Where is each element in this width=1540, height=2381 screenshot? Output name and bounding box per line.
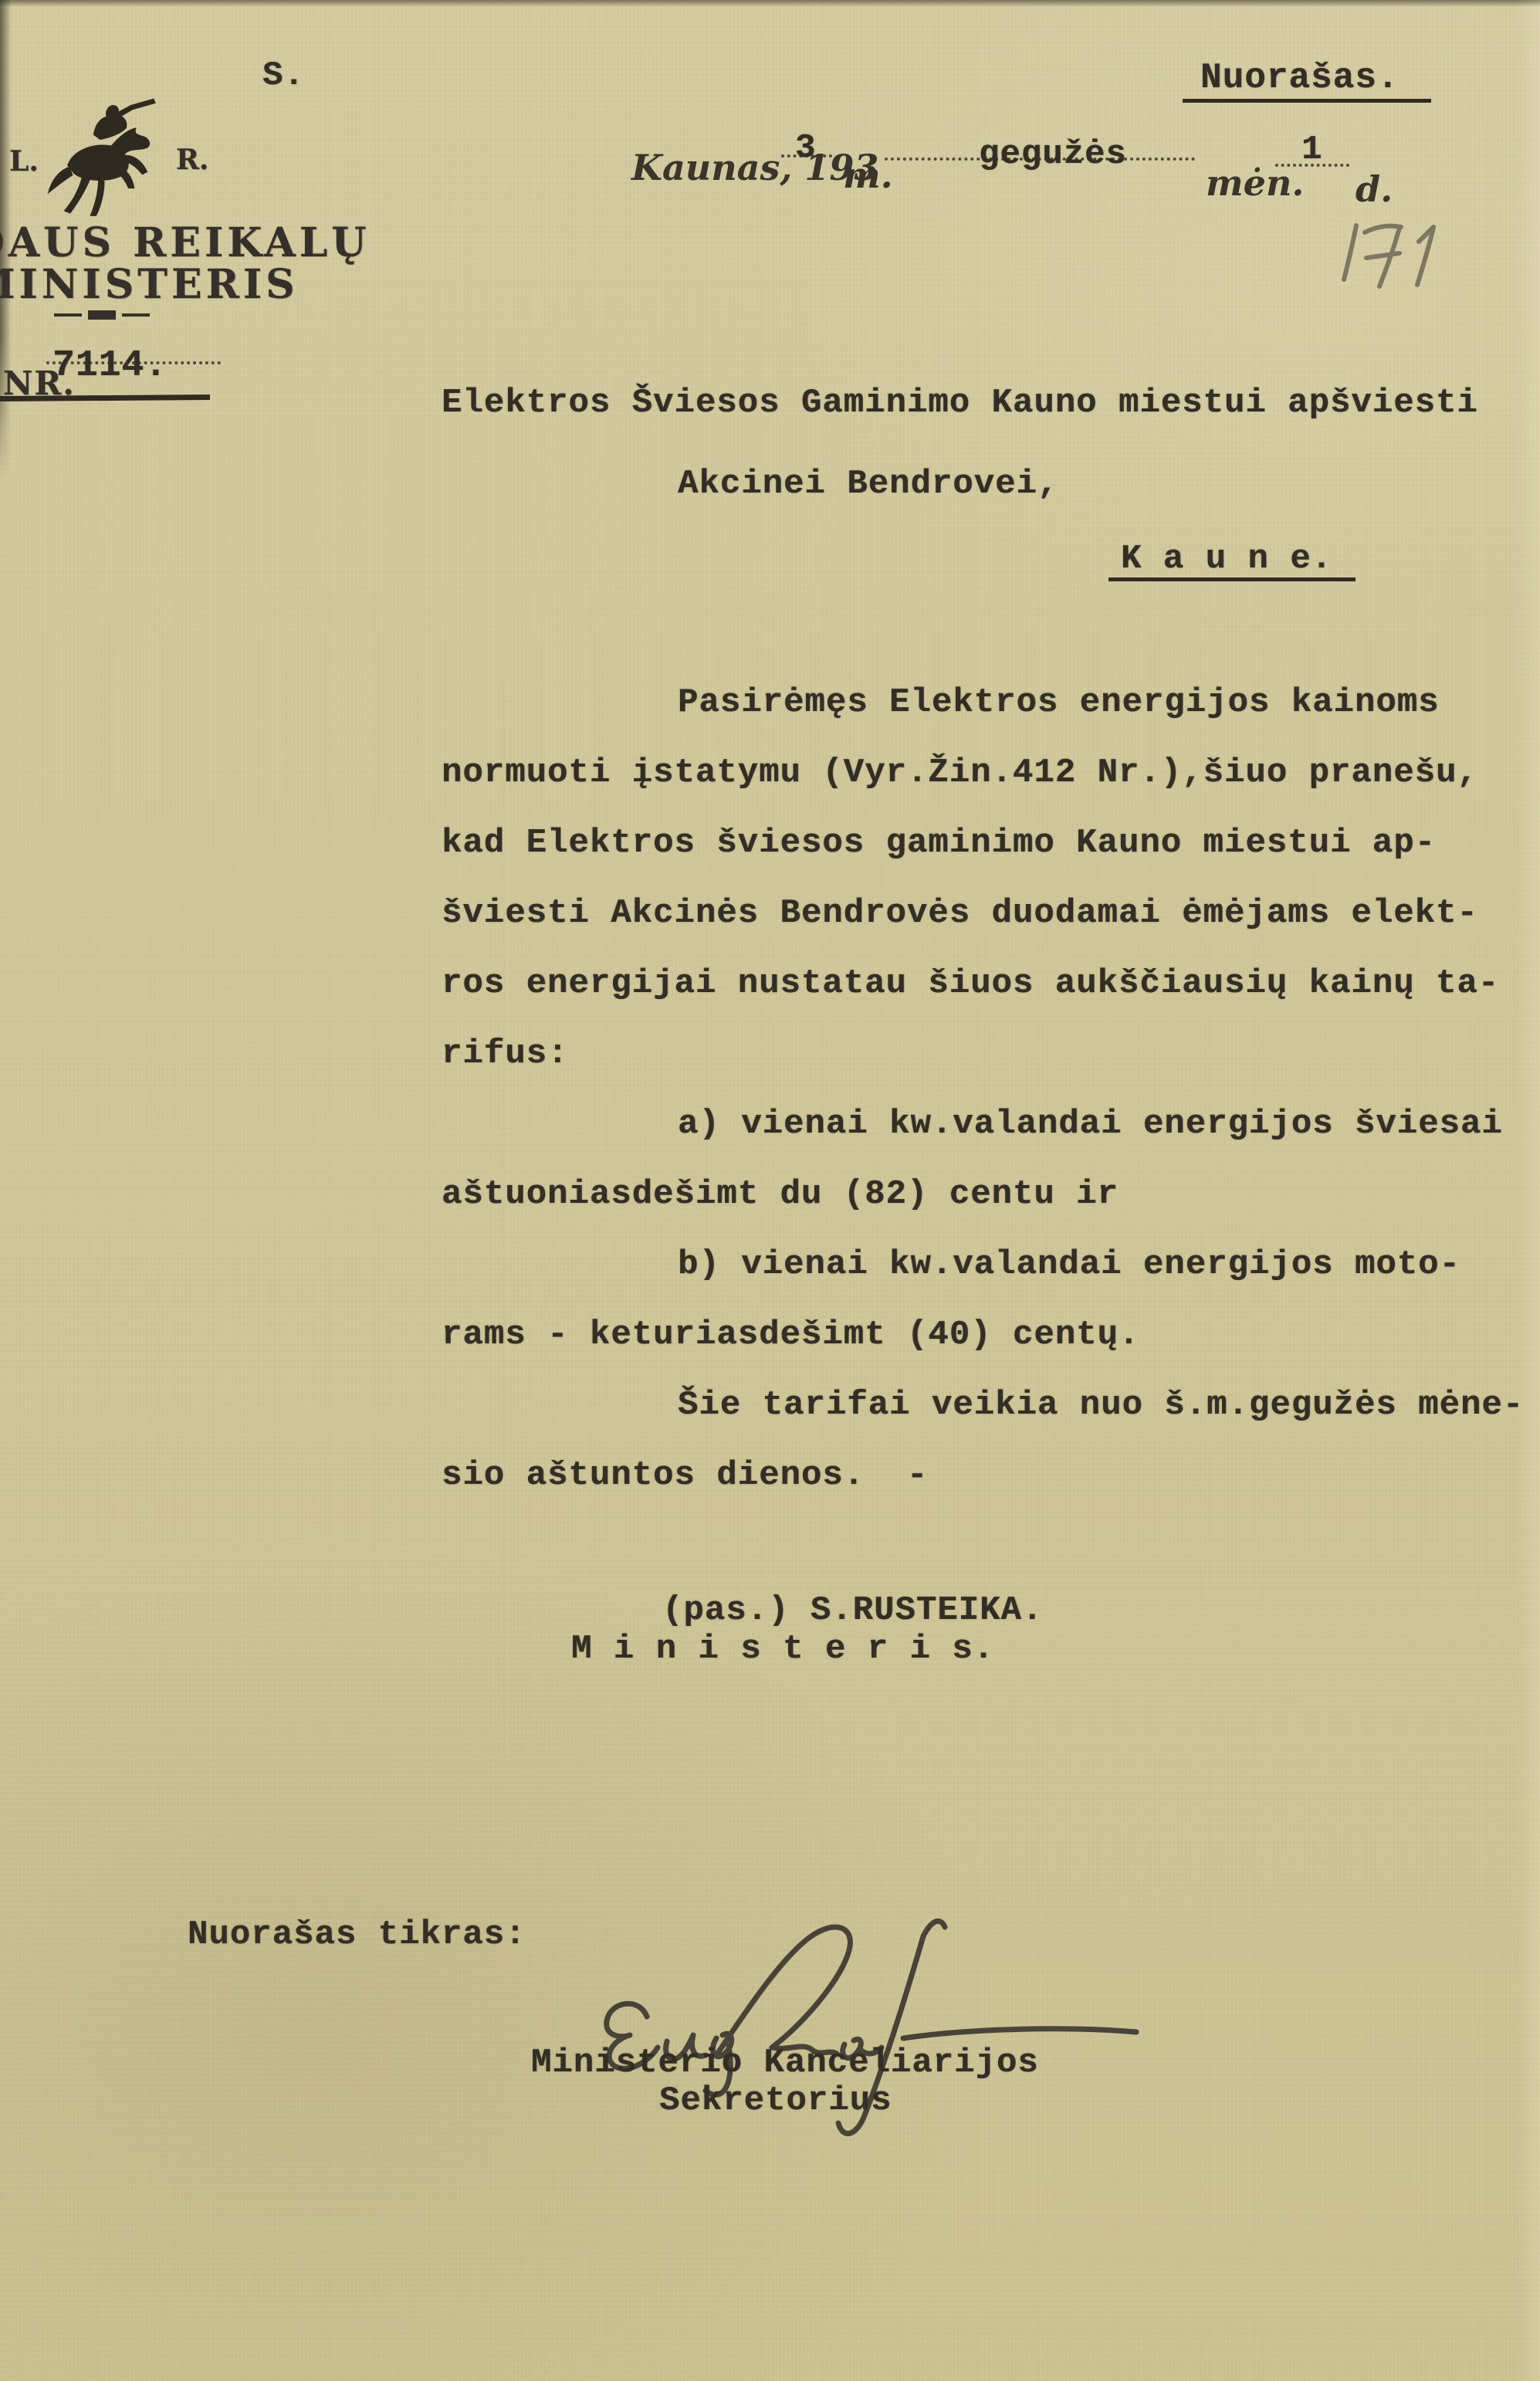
secretary-signature-icon (0, 0, 1540, 2381)
secretary-title-line1: Ministerio Kanceliarijos (531, 2044, 1039, 2081)
document-page: S. Nuorašas. Kaunas, 193 3 m. gegužės mė… (0, 0, 1540, 2381)
secretary-title-line2: Sekretorius (659, 2082, 892, 2119)
